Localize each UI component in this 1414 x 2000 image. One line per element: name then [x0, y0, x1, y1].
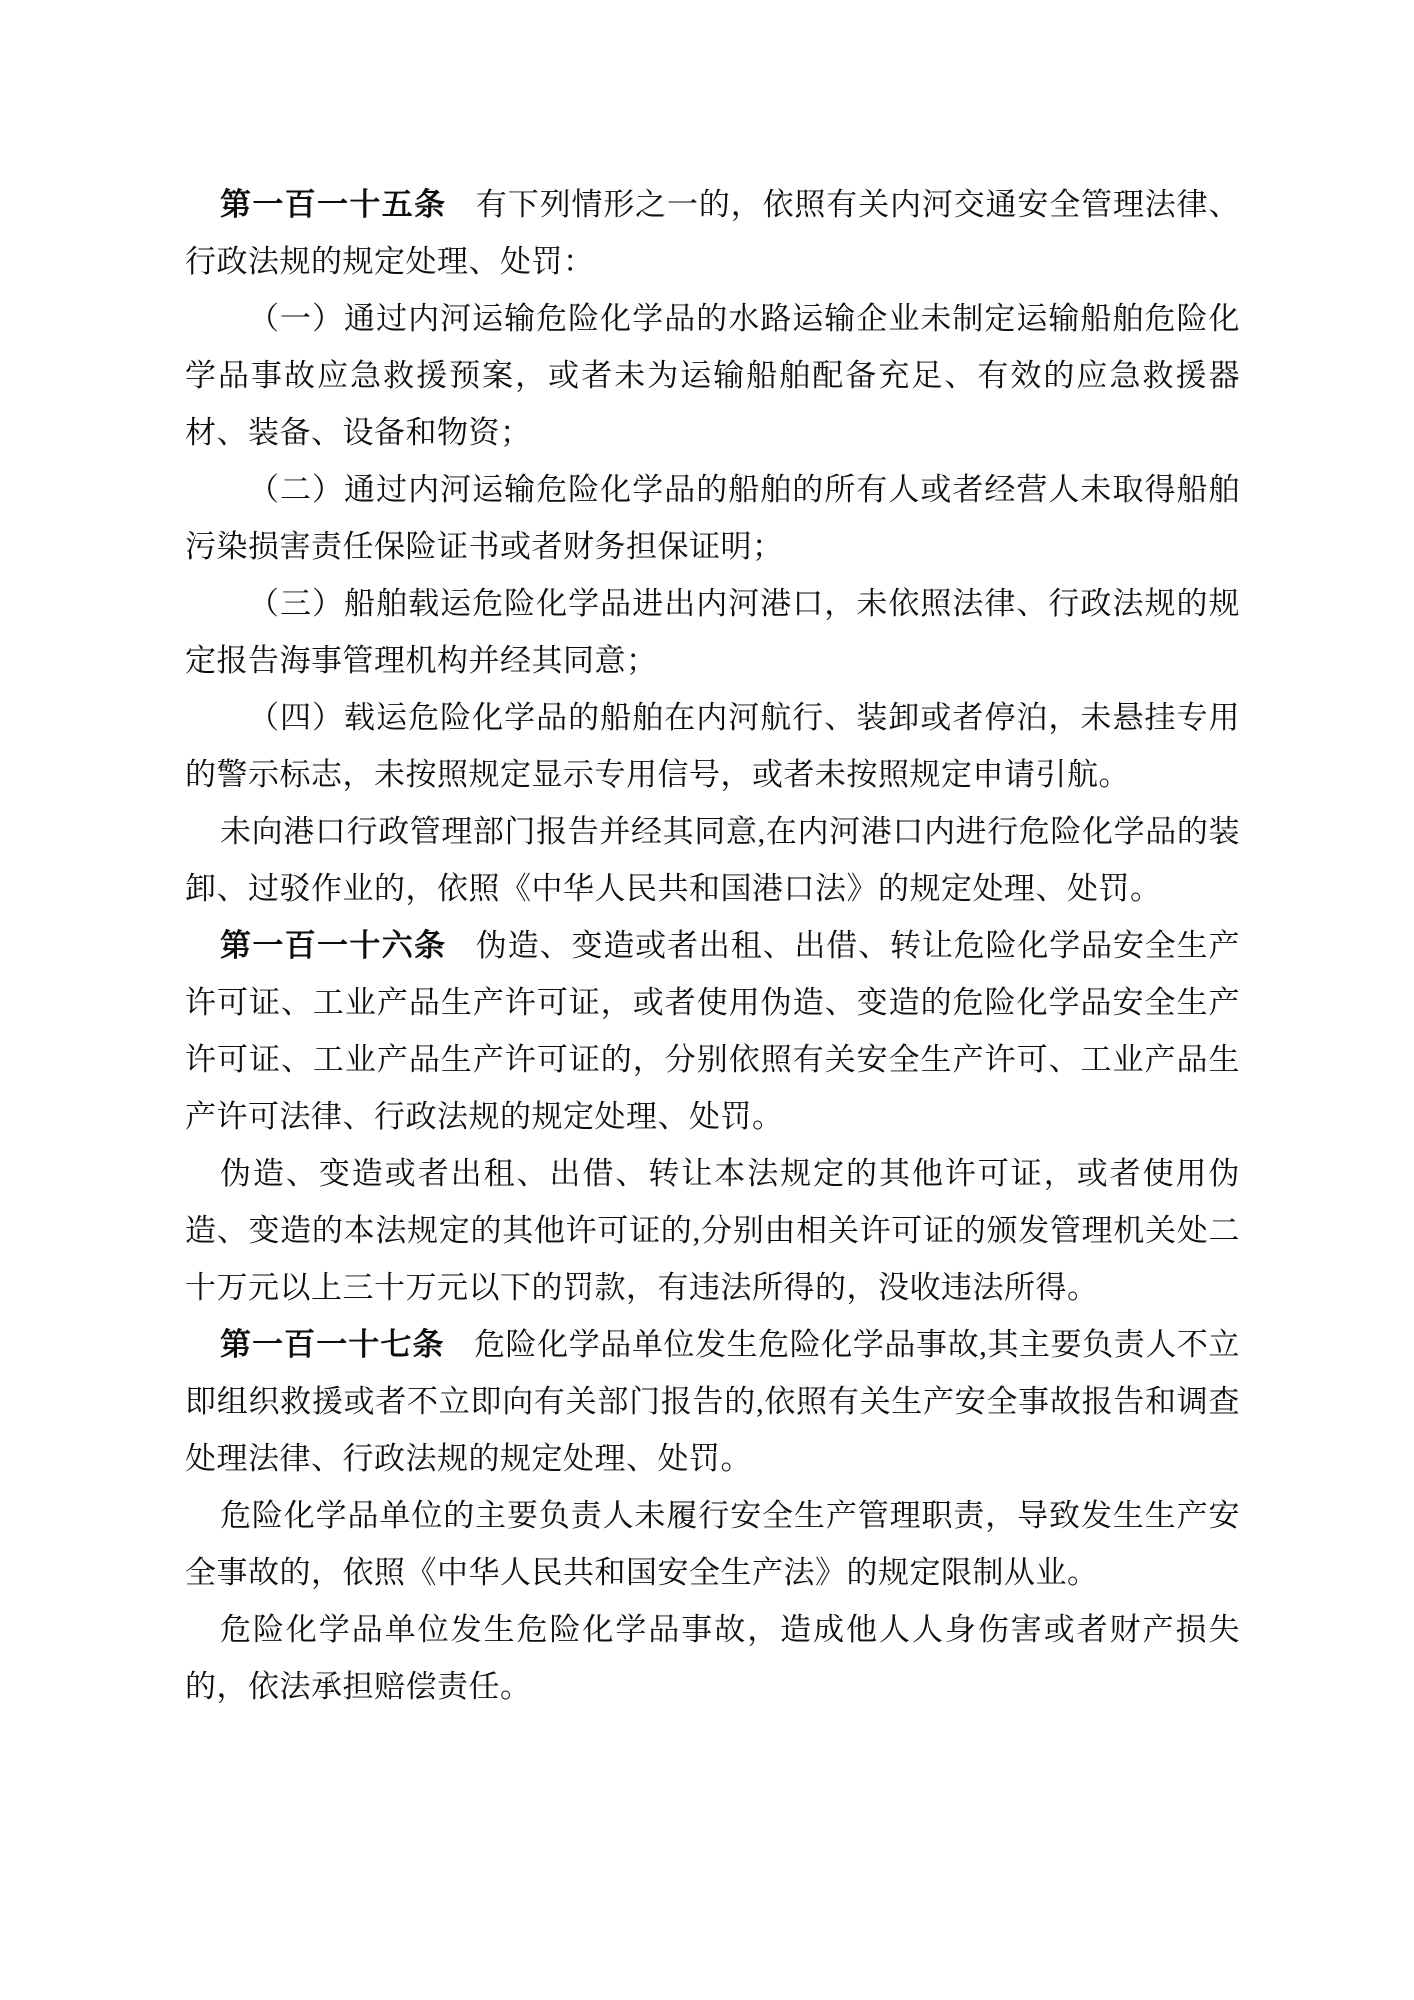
port-penalty-text: 未向港口行政管理部门报告并经其同意,在内河港口内进行危险化学品的装卸、过驳作业的… — [185, 814, 1240, 906]
paragraph-article-115: 第一百一十五条有下列情形之一的，依照有关内河交通安全管理法律、行政法规的规定处理… — [185, 176, 1240, 290]
item-3-text: （三）船舶载运危险化学品进出内河港口，未依照法律、行政法规的规定报告海事管理机构… — [185, 586, 1240, 678]
paragraph-article-116: 第一百一十六条伪造、变造或者出租、出借、转让危险化学品安全生产许可证、工业产品生… — [185, 917, 1240, 1145]
item-4-text: （四）载运危险化学品的船舶在内河航行、装卸或者停泊，未悬挂专用的警示标志，未按照… — [185, 700, 1240, 792]
paragraph-port-penalty: 未向港口行政管理部门报告并经其同意,在内河港口内进行危险化学品的装卸、过驳作业的… — [185, 803, 1240, 917]
paragraph-item-2: （二）通过内河运输危险化学品的船舶的所有人或者经营人未取得船舶污染损害责任保险证… — [185, 461, 1240, 575]
other-permits-text: 伪造、变造或者出租、出借、转让本法规定的其他许可证，或者使用伪造、变造的本法规定… — [185, 1156, 1240, 1305]
compensation-text: 危险化学品单位发生危险化学品事故，造成他人人身伤害或者财产损失的，依法承担赔偿责… — [185, 1612, 1240, 1704]
item-2-text: （二）通过内河运输危险化学品的船舶的所有人或者经营人未取得船舶污染损害责任保险证… — [185, 472, 1240, 564]
document-page: 第一百一十五条有下列情形之一的，依照有关内河交通安全管理法律、行政法规的规定处理… — [0, 0, 1414, 2000]
article-115-number: 第一百一十五条 — [220, 187, 446, 222]
paragraph-item-3: （三）船舶载运危险化学品进出内河港口，未依照法律、行政法规的规定报告海事管理机构… — [185, 575, 1240, 689]
item-1-text: （一）通过内河运输危险化学品的水路运输企业未制定运输船舶危险化学品事故应急救援预… — [185, 301, 1240, 450]
article-117-number: 第一百一十七条 — [220, 1327, 445, 1362]
paragraph-item-1: （一）通过内河运输危险化学品的水路运输企业未制定运输船舶危险化学品事故应急救援预… — [185, 290, 1240, 461]
responsible-person-text: 危险化学品单位的主要负责人未履行安全生产管理职责，导致发生生产安全事故的，依照《… — [185, 1498, 1240, 1590]
paragraph-article-117: 第一百一十七条危险化学品单位发生危险化学品事故,其主要负责人不立即组织救援或者不… — [185, 1316, 1240, 1487]
paragraph-item-4: （四）载运危险化学品的船舶在内河航行、装卸或者停泊，未悬挂专用的警示标志，未按照… — [185, 689, 1240, 803]
article-116-number: 第一百一十六条 — [220, 928, 446, 963]
paragraph-other-permits: 伪造、变造或者出租、出借、转让本法规定的其他许可证，或者使用伪造、变造的本法规定… — [185, 1145, 1240, 1316]
paragraph-compensation: 危险化学品单位发生危险化学品事故，造成他人人身伤害或者财产损失的，依法承担赔偿责… — [185, 1601, 1240, 1715]
document-body: 第一百一十五条有下列情形之一的，依照有关内河交通安全管理法律、行政法规的规定处理… — [185, 176, 1240, 1715]
paragraph-responsible-person: 危险化学品单位的主要负责人未履行安全生产管理职责，导致发生生产安全事故的，依照《… — [185, 1487, 1240, 1601]
